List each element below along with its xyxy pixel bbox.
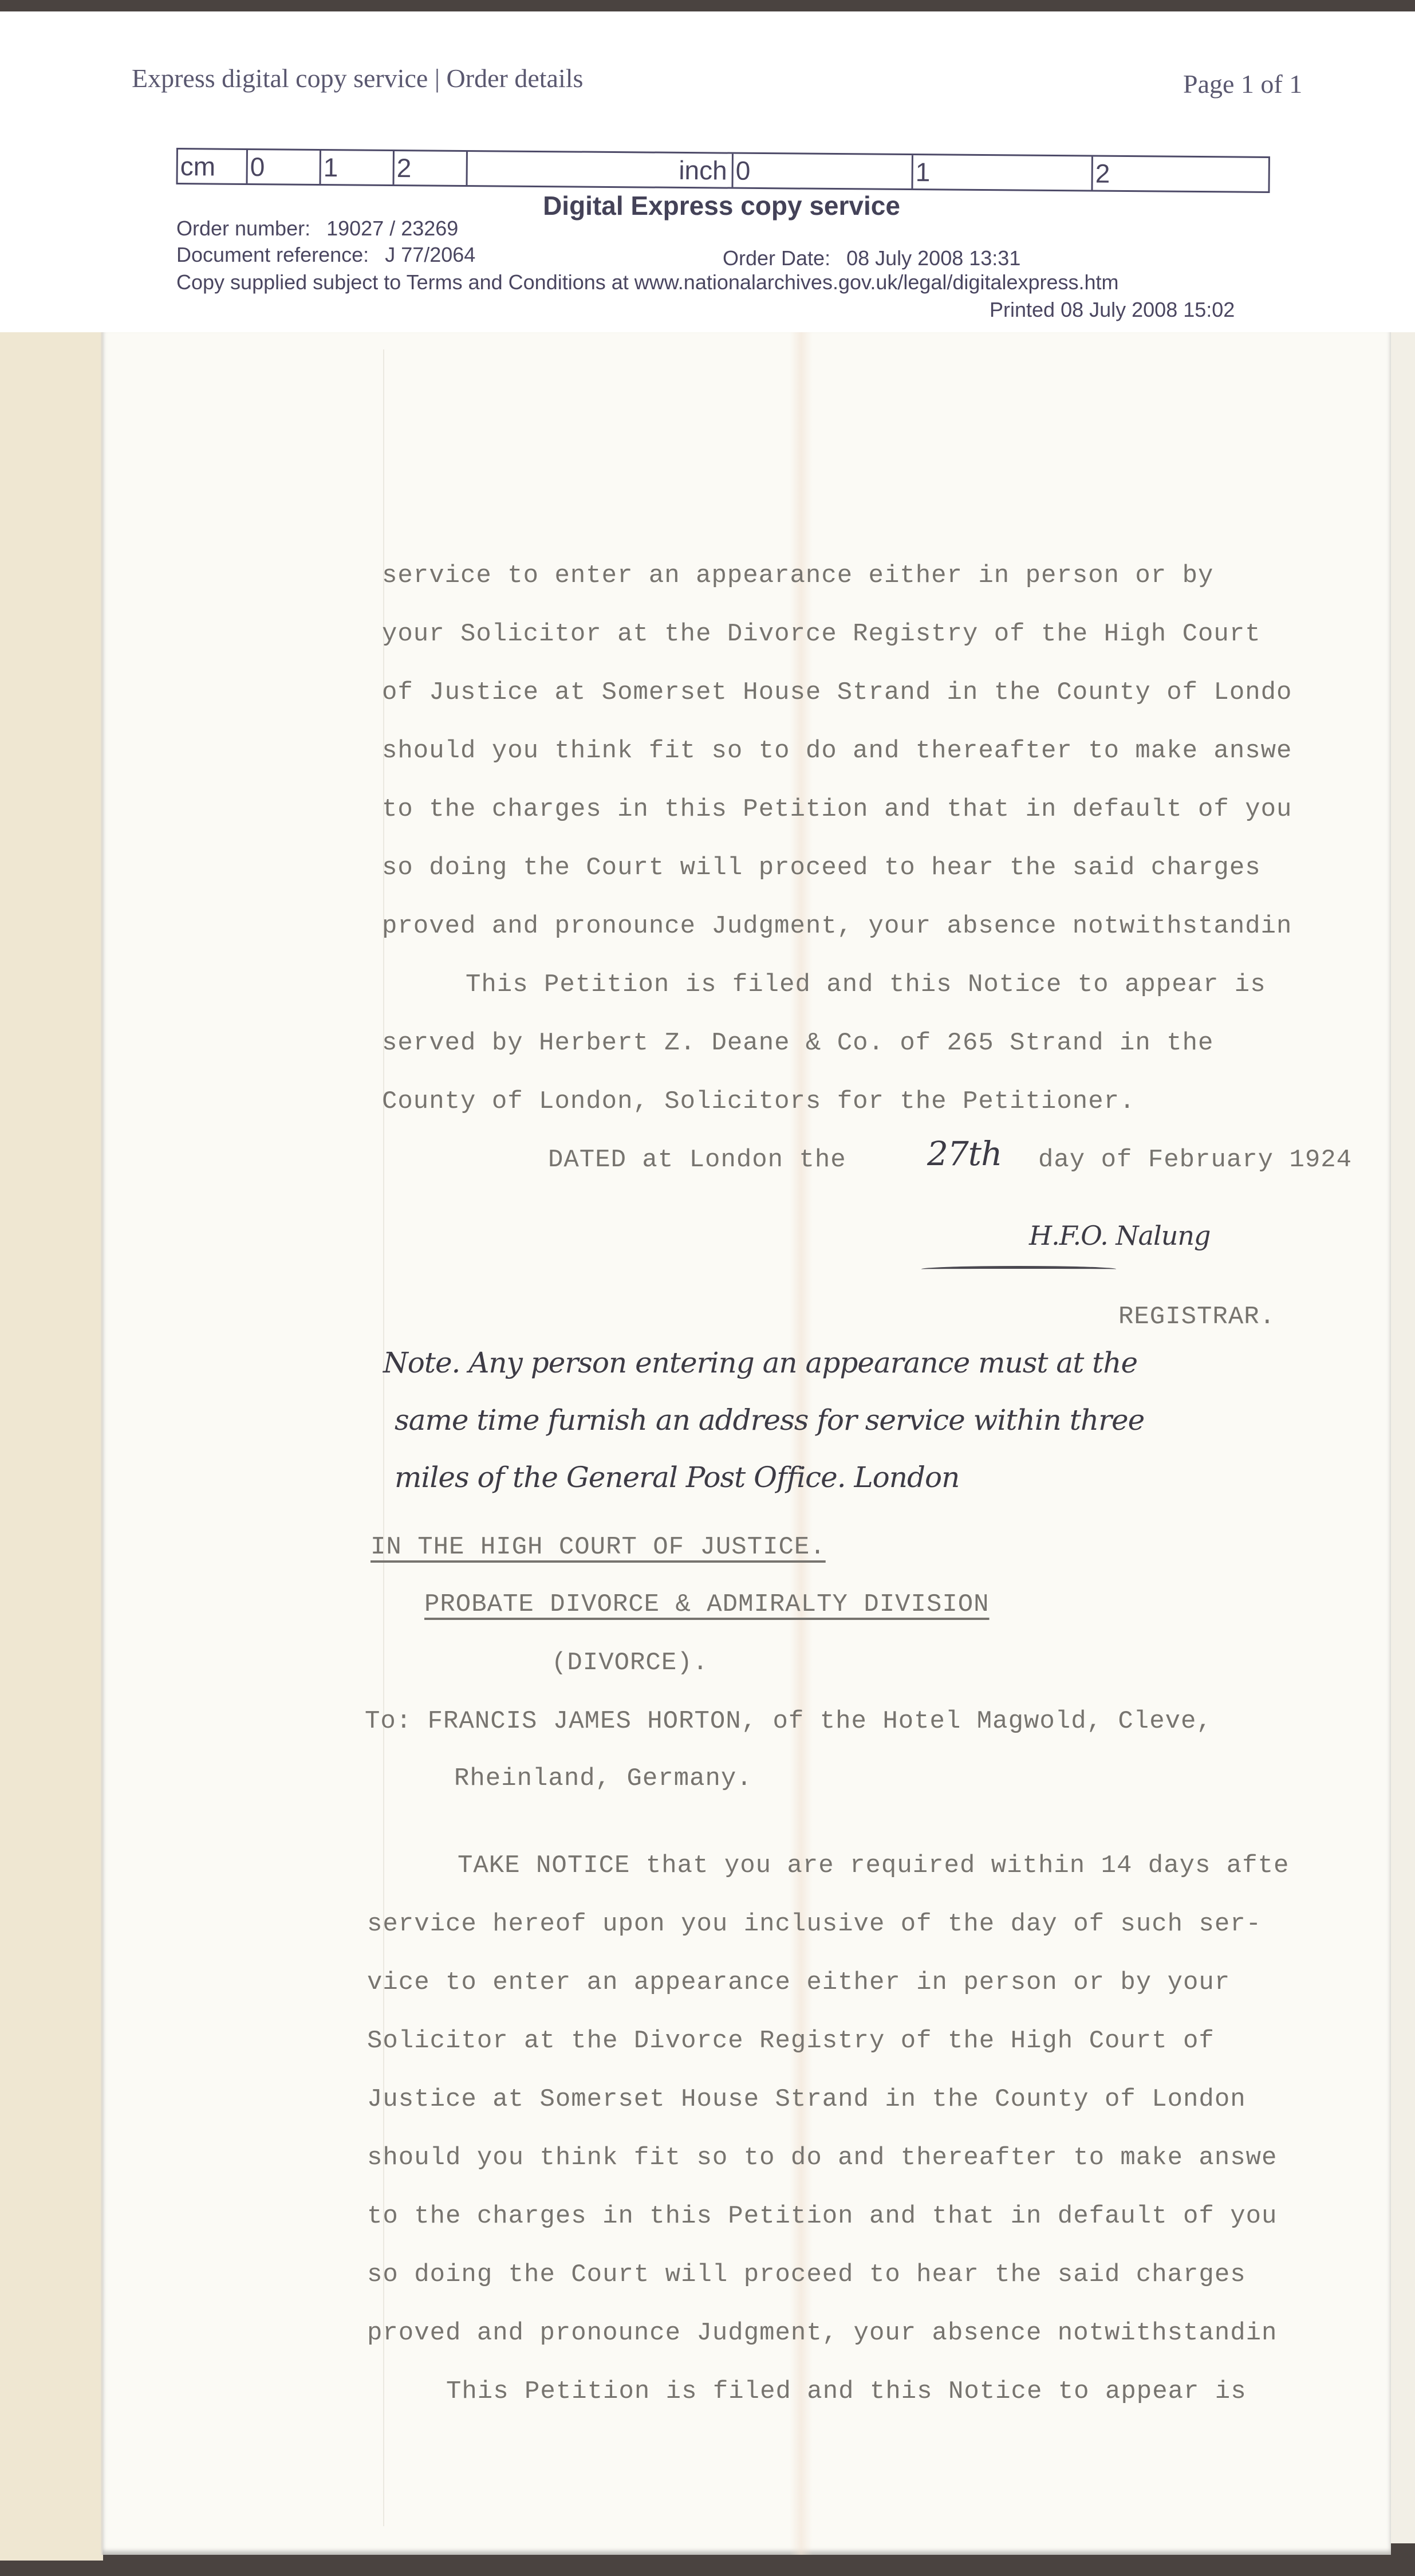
- scale-inch-tick: 2: [1093, 157, 1264, 191]
- notice-line: should you think fit so to do and therea…: [382, 737, 1292, 765]
- handwritten-note-line: miles of the General Post Office. London: [395, 1461, 959, 1494]
- document-page: service to enter an appearance either in…: [101, 332, 1391, 2555]
- dated-prefix: DATED at London the: [548, 1146, 846, 1174]
- document-reference-row: Document reference: J 77/2064: [176, 243, 475, 267]
- scale-cm-label: cm: [178, 150, 248, 183]
- court-heading: IN THE HIGH COURT OF JUSTICE.: [370, 1533, 826, 1562]
- scale-inch-label: inch: [468, 152, 734, 187]
- order-date-row: Order Date: 08 July 2008 13:31: [723, 246, 1020, 270]
- registrar-signature: H.F.O. Nalung: [1029, 1220, 1210, 1251]
- printed-timestamp: Printed 08 July 2008 15:02: [990, 298, 1235, 322]
- order-number-row: Order number: 19027 / 23269: [176, 217, 458, 241]
- order-header: Express digital copy service | Order det…: [0, 11, 1415, 332]
- notice-line: so doing the Court will proceed to hear …: [367, 2260, 1246, 2289]
- page-indicator: Page 1 of 1: [1183, 69, 1302, 99]
- addressee-line: To: FRANCIS JAMES HORTON, of the Hotel M…: [365, 1707, 1212, 1736]
- scale-inch-tick: 0: [733, 154, 913, 188]
- scale-cm-tick: 1: [321, 151, 395, 184]
- notice-line: your Solicitor at the Divorce Registry o…: [382, 620, 1261, 648]
- scale-cm-tick: 2: [395, 151, 468, 185]
- notice-line: service to enter an appearance either in…: [382, 561, 1213, 590]
- signature-flourish: [921, 1266, 1116, 1272]
- notice-line: proved and pronounce Judgment, your abse…: [382, 912, 1292, 941]
- terms-text: Copy supplied subject to Terms and Condi…: [176, 270, 1119, 294]
- notice-line: This Petition is filed and this Notice t…: [466, 970, 1266, 999]
- scale-cm-tick: 0: [248, 150, 321, 184]
- notice-line: Justice at Somerset House Strand in the …: [367, 2085, 1246, 2114]
- notice-line: TAKE NOTICE that you are required within…: [458, 1851, 1289, 1880]
- order-number-label: Order number:: [176, 217, 310, 240]
- notice-line: of Justice at Somerset House Strand in t…: [382, 678, 1292, 707]
- scale-inch-tick: 1: [913, 155, 1093, 190]
- notice-line: so doing the Court will proceed to hear …: [382, 854, 1261, 882]
- notice-line: vice to enter an appearance either in pe…: [367, 1968, 1230, 1997]
- order-date-label: Order Date:: [723, 246, 830, 270]
- document-reference-label: Document reference:: [176, 243, 369, 266]
- dated-day-handwritten: 27th: [927, 1134, 1002, 1173]
- addressee-line: Rheinland, Germany.: [454, 1764, 752, 1793]
- notice-line: County of London, Solicitors for the Pet…: [382, 1087, 1135, 1116]
- handwritten-note-line: same time furnish an address for service…: [395, 1403, 1144, 1437]
- registrar-label: REGISTRAR.: [1118, 1303, 1275, 1331]
- order-date: 08 July 2008 13:31: [846, 246, 1020, 270]
- document-reference: J 77/2064: [385, 243, 475, 266]
- handwritten-note-line: Note. Any person entering an appearance …: [383, 1346, 1137, 1379]
- notice-line: Solicitor at the Divorce Registry of the…: [367, 2027, 1215, 2055]
- header-title: Express digital copy service | Order det…: [132, 63, 583, 93]
- backing-sheet: [0, 321, 103, 2561]
- margin-rule: [383, 349, 384, 2526]
- scale-bar: cm 0 1 2 inch 0 1 2: [176, 148, 1270, 193]
- case-type: (DIVORCE).: [551, 1649, 708, 1677]
- notice-line: served by Herbert Z. Deane & Co. of 265 …: [382, 1029, 1213, 1057]
- division-heading: PROBATE DIVORCE & ADMIRALTY DIVISION: [424, 1590, 990, 1619]
- notice-line: This Petition is filed and this Notice t…: [446, 2377, 1247, 2406]
- notice-line: to the charges in this Petition and that…: [367, 2202, 1277, 2231]
- order-number: 19027 / 23269: [326, 217, 458, 240]
- notice-line: to the charges in this Petition and that…: [382, 795, 1292, 824]
- notice-line: should you think fit so to do and therea…: [367, 2144, 1277, 2172]
- notice-line: service hereof upon you inclusive of the…: [367, 1910, 1262, 1938]
- notice-line: proved and pronounce Judgment, your abse…: [367, 2319, 1277, 2347]
- dated-suffix: day of February 1924: [1038, 1146, 1352, 1174]
